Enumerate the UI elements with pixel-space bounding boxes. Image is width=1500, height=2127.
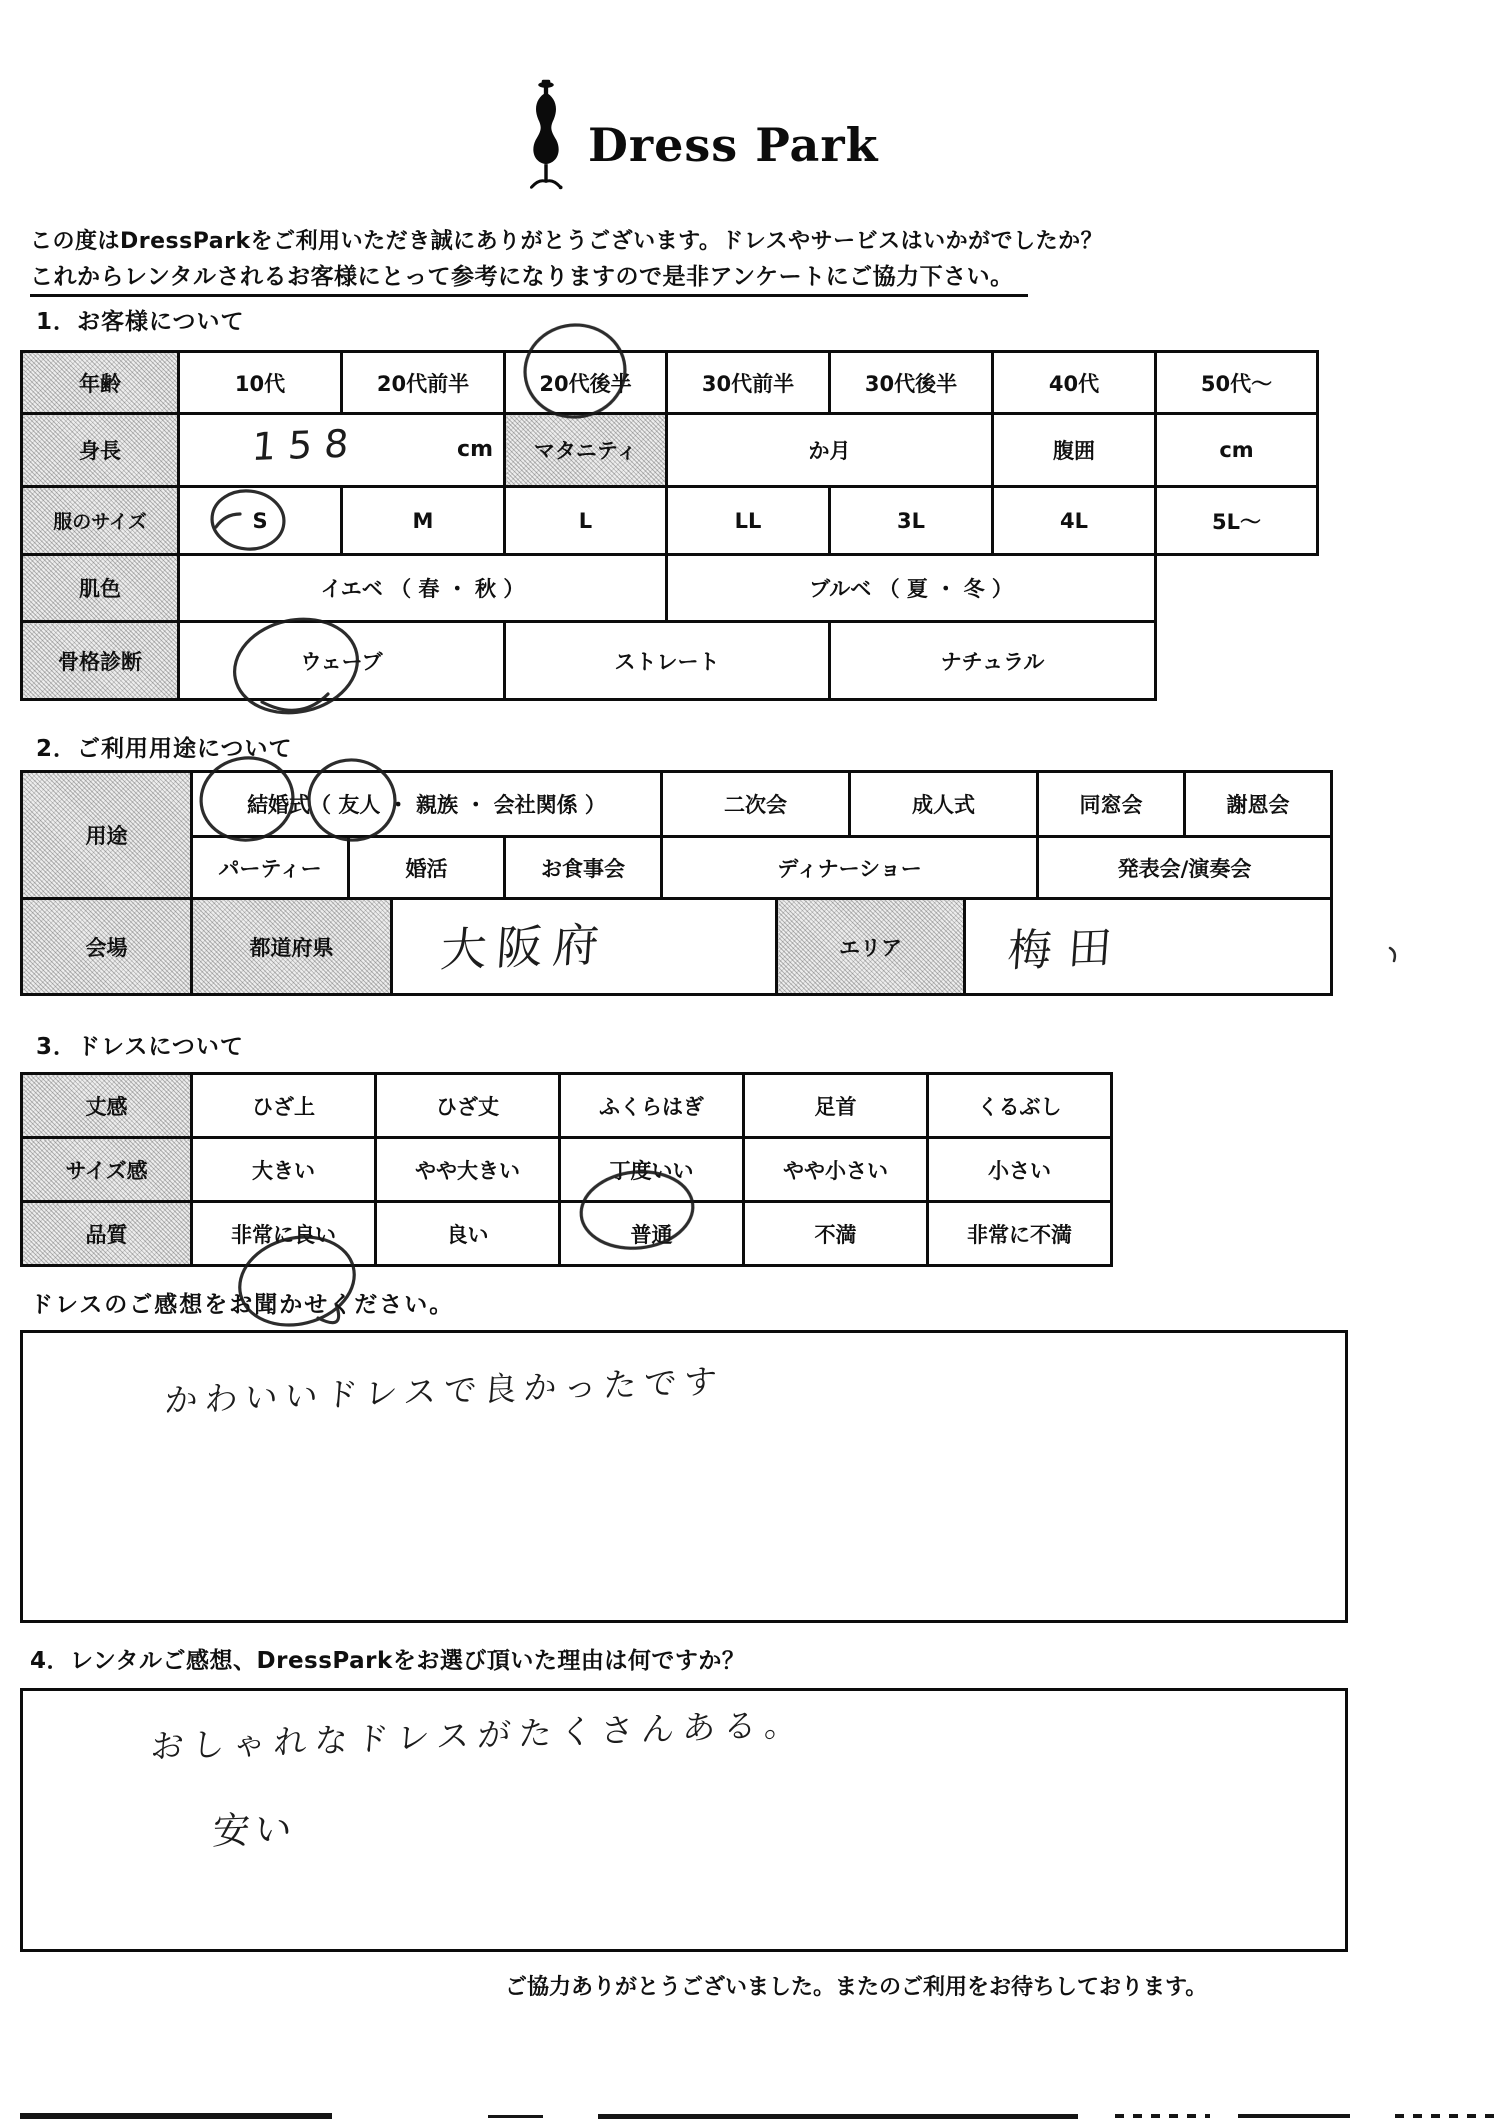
scan-artifact-line (20, 2113, 332, 2119)
skeleton-label: 骨格診断 (22, 622, 179, 700)
purpose-option: ディナーショー (662, 837, 1038, 899)
purpose-row-1: 用途 結婚式（ 友人 ・ 親族 ・ 会社関係 ） 二次会 成人式 同窓会 謝恩会 (22, 772, 1332, 837)
skeleton-option-circled: ウェーブ (179, 622, 505, 700)
section2-heading: 2．ご利用用途について (36, 730, 293, 763)
section1-heading: 1．お客様について (36, 303, 245, 336)
quality-option: 不満 (744, 1202, 928, 1266)
age-option: 30代後半 (830, 352, 993, 414)
length-option: ひざ上 (192, 1074, 376, 1138)
purpose-option: 二次会 (662, 772, 850, 837)
fit-option: やや大きい (376, 1138, 560, 1202)
dress-form-icon (520, 78, 572, 190)
purpose-label: 用途 (22, 772, 192, 899)
purpose-option: 同窓会 (1038, 772, 1185, 837)
stray-pen-mark (1390, 948, 1395, 961)
fit-option: 大きい (192, 1138, 376, 1202)
dress-fit-label: サイズ感 (22, 1138, 192, 1202)
size-option: 3L (830, 487, 993, 555)
area-label: エリア (777, 899, 965, 995)
venue-label: 会場 (22, 899, 192, 995)
section4-heading: 4．レンタルご感想、DressParkをお選び頂いた理由は何ですか？ (30, 1642, 745, 1675)
age-row: 年齢 10代 20代前半 20代後半 30代前半 30代後半 40代 50代～ (22, 352, 1318, 414)
skin-option-blue: ブルベ （ 夏 ・ 冬 ） (667, 555, 1156, 622)
quality-option: 非常に不満 (928, 1202, 1112, 1266)
customer-table: 年齢 10代 20代前半 20代後半 30代前半 30代後半 40代 50代～ … (20, 350, 1319, 701)
skin-tone-row: 肌色 イエベ （ 春 ・ 秋 ） ブルベ （ 夏 ・ 冬 ） (22, 555, 1318, 622)
purpose-option: パーティー (192, 837, 349, 899)
skin-option-yellow: イエベ （ 春 ・ 秋 ） (179, 555, 667, 622)
height-label: 身長 (22, 414, 179, 487)
purpose-option: 成人式 (850, 772, 1038, 837)
clothing-size-row: 服のサイズ S M L LL 3L 4L 5L～ (22, 487, 1318, 555)
purpose-option: 発表会/演奏会 (1038, 837, 1332, 899)
quality-option-circled: 非常に良い (192, 1202, 376, 1266)
dress-fit-row: サイズ感 大きい やや大きい 丁度いい やや小さい 小さい (22, 1138, 1112, 1202)
venue-row: 会場 都道府県 大阪府 エリア 梅田 (22, 899, 1332, 995)
feedback-answer-box: かわいいドレスで良かったです (20, 1330, 1348, 1623)
age-option: 10代 (179, 352, 342, 414)
scan-artifact-line (1395, 2114, 1495, 2118)
waist-label: 腹囲 (993, 414, 1156, 487)
length-option: くるぶし (928, 1074, 1112, 1138)
age-option: 30代前半 (667, 352, 830, 414)
length-option: 足首 (744, 1074, 928, 1138)
usage-table: 用途 結婚式（ 友人 ・ 親族 ・ 会社関係 ） 二次会 成人式 同窓会 謝恩会… (20, 770, 1333, 996)
prefecture-label: 都道府県 (192, 899, 392, 995)
brand-name: Dress Park (588, 96, 878, 172)
purpose-option: 謝恩会 (1185, 772, 1332, 837)
area-value-cell: 梅田 (965, 899, 1332, 995)
reason-handwritten-line1: おしゃれなドレスがたくさんある。 (149, 1698, 807, 1768)
scan-artifact-line (1115, 2114, 1210, 2118)
size-option: M (342, 487, 505, 555)
quality-option: 良い (376, 1202, 560, 1266)
size-option: 4L (993, 487, 1156, 555)
maternity-label: マタニティ (505, 414, 667, 487)
skin-tone-label: 肌色 (22, 555, 179, 622)
area-handwritten-value: 梅田 (1006, 910, 1130, 978)
height-unit: cm (457, 437, 493, 462)
feedback-handwritten-answer: かわいいドレスで良かったです (163, 1355, 725, 1422)
empty-region (1156, 555, 1318, 622)
skeleton-option: ナチュラル (830, 622, 1156, 700)
size-option: LL (667, 487, 830, 555)
dress-length-label: 丈感 (22, 1074, 192, 1138)
purpose-option: お食事会 (505, 837, 662, 899)
waist-unit-cell: cm (1156, 414, 1318, 487)
reason-handwritten-line2: 安い (211, 1798, 299, 1855)
scanned-survey-page: Dress Park この度はDressParkをご利用いただき誠にありがとうご… (0, 0, 1500, 2127)
prefecture-value-cell: 大阪府 (392, 899, 777, 995)
section3-heading: 3．ドレスについて (36, 1028, 244, 1061)
dress-quality-row: 品質 非常に良い 良い 普通 不満 非常に不満 (22, 1202, 1112, 1266)
height-row: 身長 158 cm マタニティ か月 腹囲 cm (22, 414, 1318, 487)
logo: Dress Park (520, 78, 878, 190)
age-option: 50代～ (1156, 352, 1318, 414)
dress-table: 丈感 ひざ上 ひざ丈 ふくらはぎ 足首 くるぶし サイズ感 大きい やや大きい … (20, 1072, 1113, 1267)
scan-artifact-line (488, 2115, 543, 2118)
purpose-row-2: パーティー 婚活 お食事会 ディナーショー 発表会/演奏会 (22, 837, 1332, 899)
prefecture-handwritten-value: 大阪府 (439, 908, 612, 980)
purpose-option: 婚活 (349, 837, 505, 899)
length-option: ひざ丈 (376, 1074, 560, 1138)
dress-length-row: 丈感 ひざ上 ひざ丈 ふくらはぎ 足首 くるぶし (22, 1074, 1112, 1138)
fit-option-circled: 丁度いい (560, 1138, 744, 1202)
age-label: 年齢 (22, 352, 179, 414)
size-option-circled: S (179, 487, 342, 555)
skeleton-row: 骨格診断 ウェーブ ストレート ナチュラル (22, 622, 1318, 700)
height-handwritten-value: 158 (250, 421, 362, 469)
size-option: 5L～ (1156, 487, 1318, 555)
age-option: 20代前半 (342, 352, 505, 414)
footer-thanks-message: ご協力ありがとうございました。またのご利用をお待ちしております。 (505, 1970, 1207, 2001)
dress-quality-label: 品質 (22, 1202, 192, 1266)
length-option: ふくらはぎ (560, 1074, 744, 1138)
quality-option: 普通 (560, 1202, 744, 1266)
intro-line: この度はDressParkをご利用いただき誠にありがとうございます。ドレスやサー… (30, 224, 1103, 255)
empty-region (1156, 622, 1318, 700)
reason-answer-box: おしゃれなドレスがたくさんある。 安い (20, 1688, 1348, 1952)
clothing-size-label: 服のサイズ (22, 487, 179, 555)
maternity-months-cell: か月 (667, 414, 993, 487)
intro-underlined-line: これからレンタルされるお客様にとって参考になりますので是非アンケートにご協力下さ… (30, 258, 1028, 297)
scan-artifact-line (598, 2114, 1078, 2119)
height-value-cell: 158 cm (179, 414, 505, 487)
fit-option: やや小さい (744, 1138, 928, 1202)
fit-option: 小さい (928, 1138, 1112, 1202)
age-option-circled: 20代後半 (505, 352, 667, 414)
feedback-prompt: ドレスのご感想をお聞かせください。 (30, 1286, 454, 1319)
purpose-option-wedding-circled: 結婚式（ 友人 ・ 親族 ・ 会社関係 ） (192, 772, 662, 837)
age-option: 40代 (993, 352, 1156, 414)
size-option: L (505, 487, 667, 555)
skeleton-option: ストレート (505, 622, 830, 700)
scan-artifact-line (1238, 2114, 1350, 2118)
